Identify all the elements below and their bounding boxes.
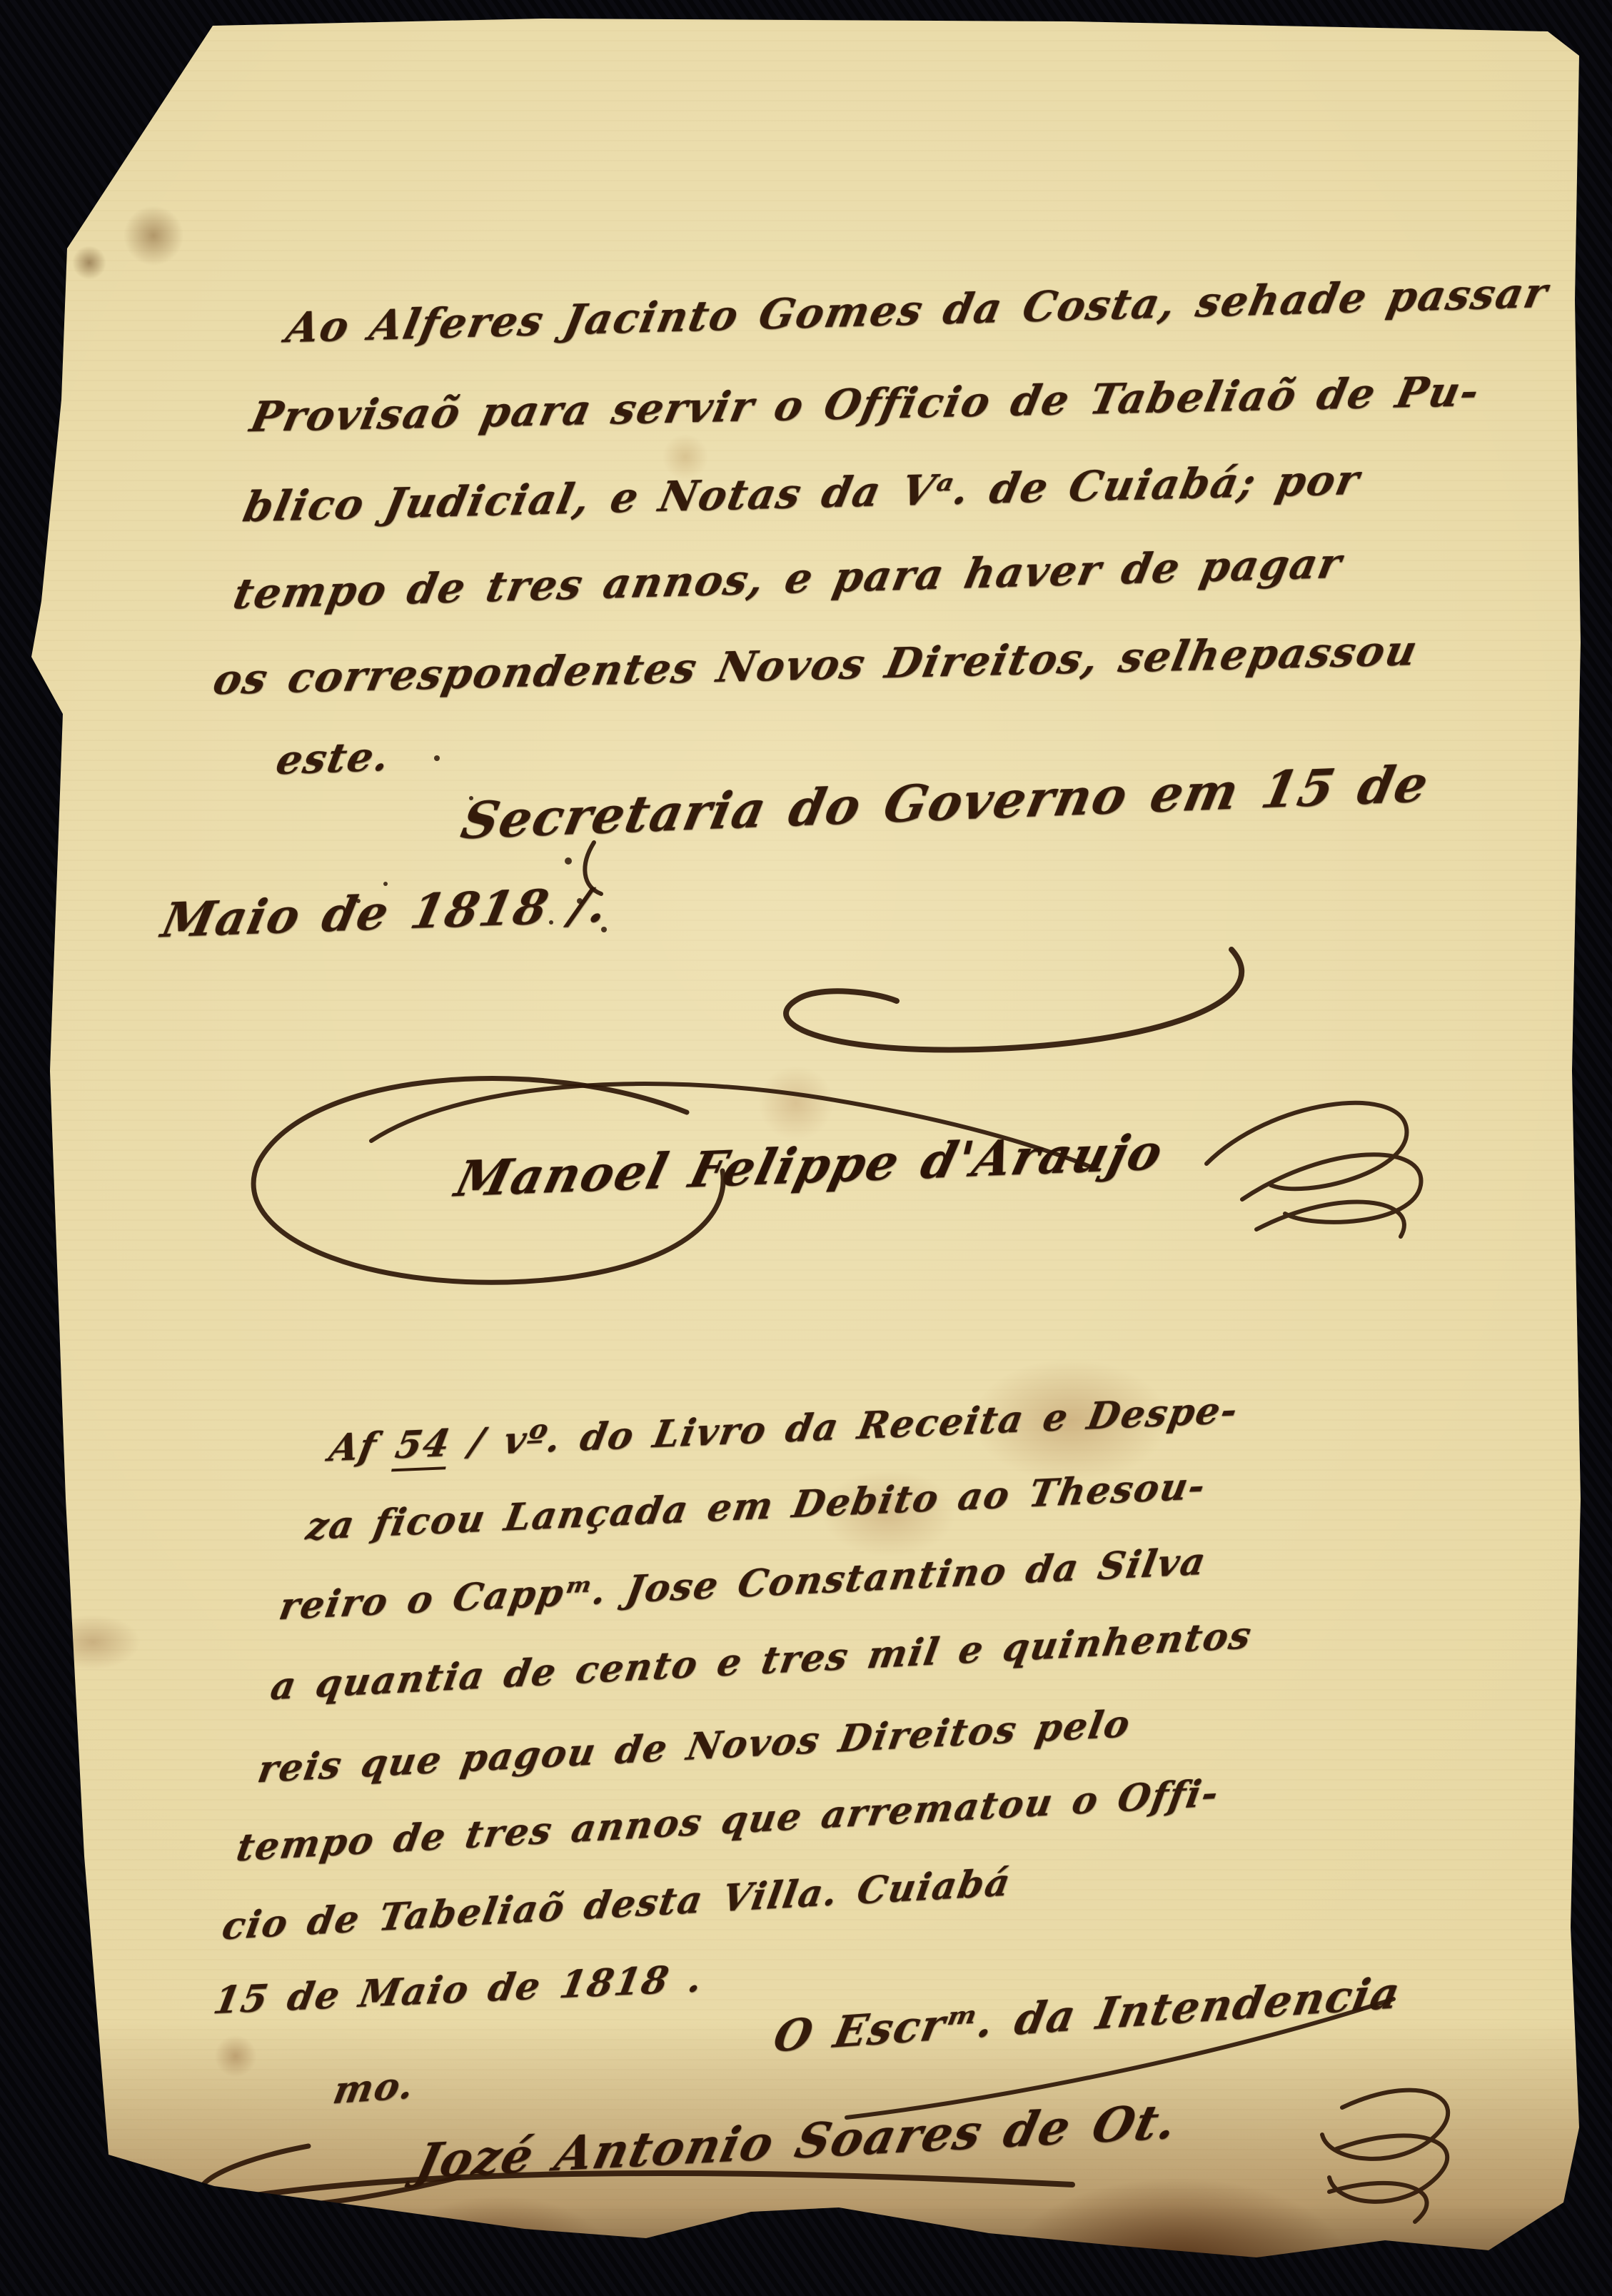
dateline-date: Maio de 1818 /. [157,877,614,948]
signature1-rubric-flourish [1207,1103,1421,1237]
manuscript-line: os correspondentes Novos Direitos, selhe… [209,626,1423,705]
manuscript-line: reis que pagou de Novos Direitos pelo [255,1702,1134,1792]
manuscript-line: a quantia de cento e tres mil e quinhent… [268,1613,1256,1709]
manuscript-line: za ficou Lançada em Debito ao Thesou- [303,1464,1209,1549]
ink-speckle [434,755,440,761]
ledger-ref-suffix: / vº. do Livro da Receita e Despe- [446,1388,1241,1465]
manuscript-line: Af 54 / vº. do Livro da Receita e Despe- [326,1388,1242,1470]
closing-title-line: O Escrᵐ. da Intendencia [770,1968,1405,2062]
manuscript-line: blico Judicial, e Notas da Vᵃ. de Cuiabá… [239,455,1364,532]
manuscript-line: Provisaõ para servir o Officio de Tabeli… [246,367,1485,441]
manuscript-line: tempo de tres annos que arrematou o Offi… [233,1771,1223,1870]
manuscript-line: 15 de Maio de 1818 . [210,1957,707,2023]
manuscript-line: tempo de tres annos, e para haver de pag… [229,538,1346,618]
ledger-ref-prefix: Af [326,1424,400,1470]
closing-abbrev-mark: mo. [330,2063,419,2113]
manuscript-line: reiro o Cappᵐ. Jose Constantino da Silva [276,1539,1210,1628]
ledger-folio-number: 54 [391,1421,455,1472]
date-swash-flourish [786,950,1241,1050]
paper-sheet: Ao Alferes Jacinto Gomes da Costa, sehad… [0,0,1612,2296]
signature-clerk: Jozé Antonio Soares de Ot. [411,2093,1184,2190]
ink-speckle [565,857,572,865]
manuscript-line: cio de Tabeliaõ desta Villa. Cuiabá [219,1861,1014,1948]
dateline-place: Secretaria do Governo em 15 de [456,754,1434,851]
signature2-rubric-flourish [1322,2090,1448,2222]
signature2-underline-flourish [216,2173,1072,2202]
signature-secretary: Manoel Felippe d'Araujo [450,1124,1169,1209]
manuscript-line: este. [273,732,395,784]
photo-background: { "document": { "description": "Handwrit… [0,0,1612,2296]
manuscript-line: Ao Alferes Jacinto Gomes da Costa, sehad… [282,268,1553,352]
